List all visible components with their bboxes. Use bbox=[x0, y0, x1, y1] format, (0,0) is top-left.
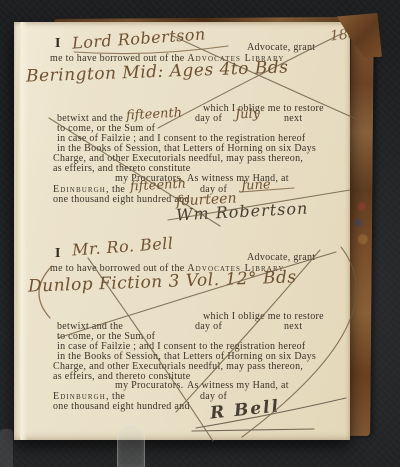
handwritten-borrower-name: Mr. Ro. Bell bbox=[71, 233, 174, 259]
printed-year-line: one thousand eight hundred and bbox=[53, 401, 190, 412]
printed-next-label: next bbox=[284, 113, 302, 124]
printed-procurators-label: my Procurators. bbox=[115, 380, 183, 391]
page-holder-left bbox=[0, 429, 13, 467]
printed-next-label: next bbox=[284, 321, 302, 332]
register-page: 188. I Lord Robertson Advocate, grant me… bbox=[14, 22, 350, 440]
printed-pronoun: I bbox=[55, 246, 60, 262]
printed-day-of-label: day of bbox=[195, 321, 222, 332]
printed-witness-label: As witness my Hand, at bbox=[187, 173, 289, 184]
handwritten-signing-day: fifteenth bbox=[130, 177, 187, 195]
book-fore-edge bbox=[347, 26, 374, 436]
printed-day-of-label: day of bbox=[195, 113, 222, 124]
printed-pronoun: I bbox=[55, 36, 60, 52]
page-holder-strip bbox=[117, 424, 145, 467]
handwritten-return-month: July bbox=[235, 106, 261, 122]
photo-background: 188. I Lord Robertson Advocate, grant me… bbox=[0, 0, 400, 467]
handwritten-borrower-name: Lord Robertson bbox=[72, 24, 207, 52]
handwritten-return-day: fifteenth bbox=[126, 106, 183, 124]
printed-day-of-label-2: day of bbox=[200, 391, 227, 402]
printed-witness-label: As witness my Hand, at bbox=[187, 380, 289, 391]
printed-year-line: one thousand eight hundred and bbox=[53, 194, 190, 205]
printed-grant-suffix: Advocate, grant bbox=[247, 252, 315, 263]
printed-grant-suffix: Advocate, grant bbox=[247, 42, 315, 53]
handwritten-signing-month: June bbox=[241, 177, 271, 194]
